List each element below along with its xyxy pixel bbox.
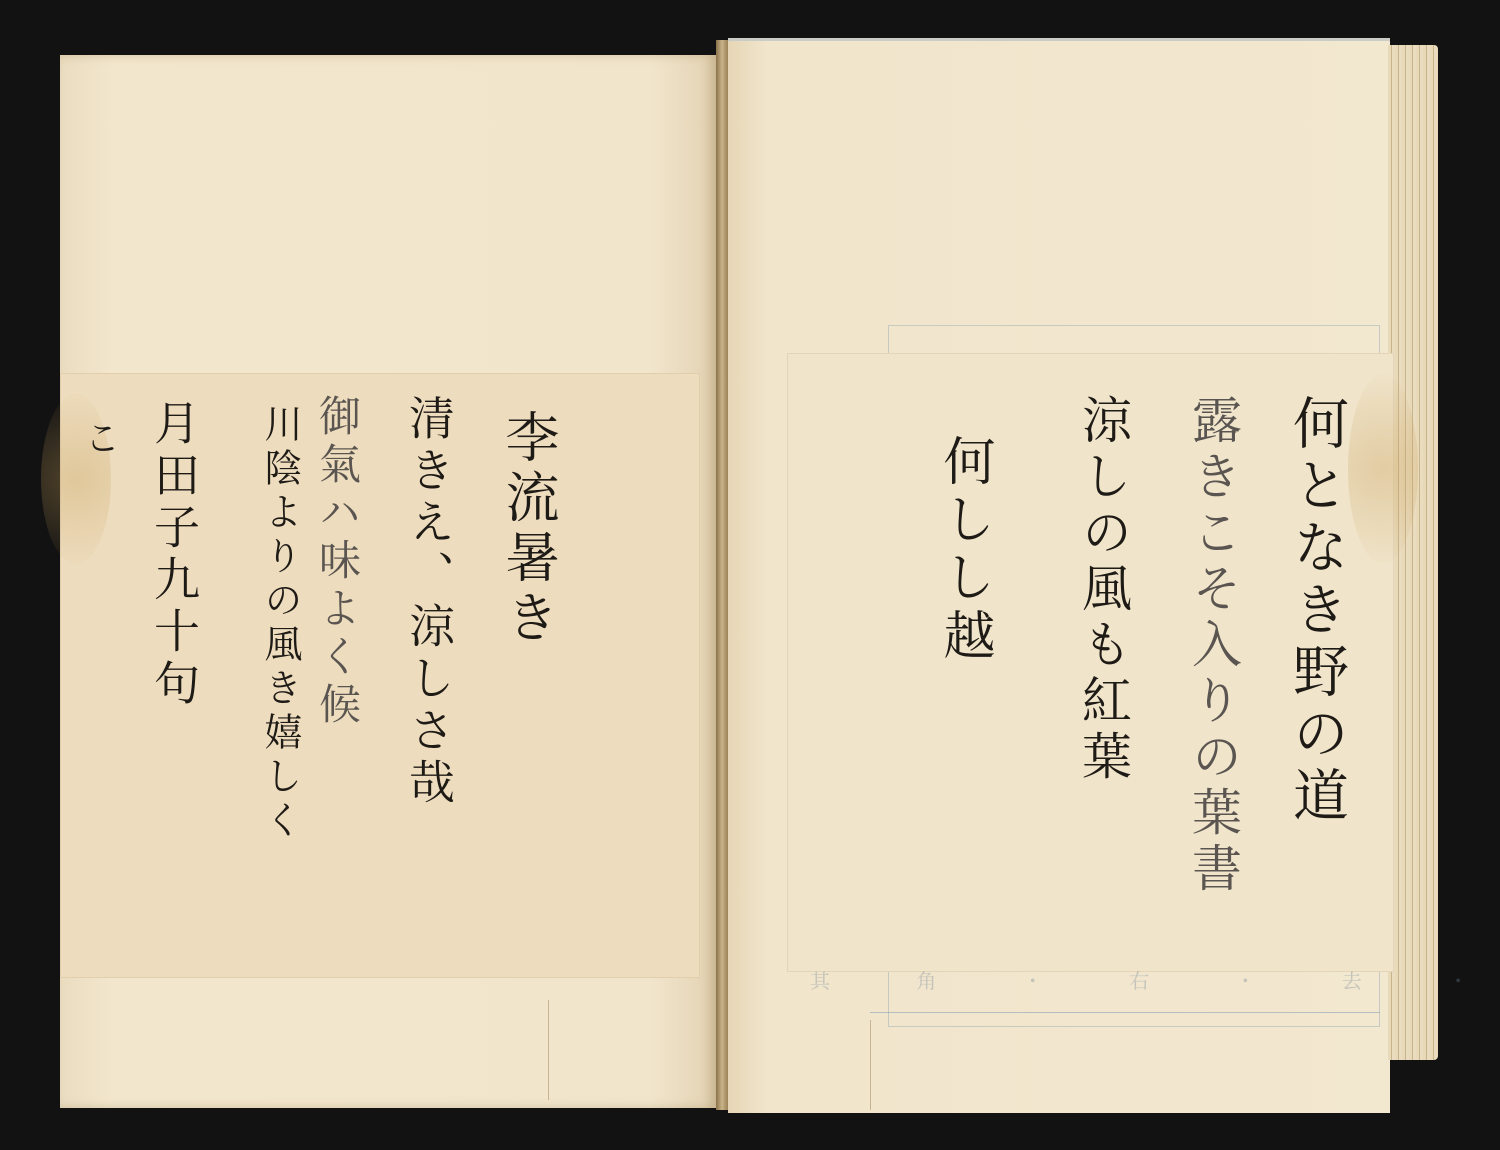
show-through-rule <box>870 1012 1380 1013</box>
paper-crease <box>870 1020 871 1110</box>
paper-crease <box>548 1000 549 1100</box>
left-calligraphy-slip: 李流暑き 清きえ、涼しさ哉 御氣ハ味よく候 川陰よりの風き嬉しく 月田子九十句 … <box>60 373 700 978</box>
calligraphy-column: 何となき野の道 <box>1288 394 1344 828</box>
calligraphy-column: 川陰よりの風き嬉しく <box>261 404 299 844</box>
calligraphy-column: 月田子九十句 <box>151 399 197 711</box>
calligraphy-column: 涼しの風も紅葉 <box>1078 394 1128 786</box>
calligraphy-column: 御氣ハ味よく候 <box>316 394 358 730</box>
water-stain <box>1348 374 1418 564</box>
calligraphy-column: 露きこそ入りの葉書 <box>1188 394 1238 898</box>
show-through-text: 其 角 ・ 右 ・ 去 ・ 来 <box>810 965 1370 995</box>
calligraphy-column: 李流暑き <box>501 409 555 649</box>
right-calligraphy-slip: 何となき野の道 露きこそ入りの葉書 涼しの風も紅葉 何しし越 <box>787 353 1394 972</box>
book-gutter <box>716 40 728 1110</box>
calligraphy-column: こ <box>81 419 117 461</box>
calligraphy-column: 何しし越 <box>938 434 990 666</box>
calligraphy-column: 清きえ、涼しさ哉 <box>406 394 452 810</box>
